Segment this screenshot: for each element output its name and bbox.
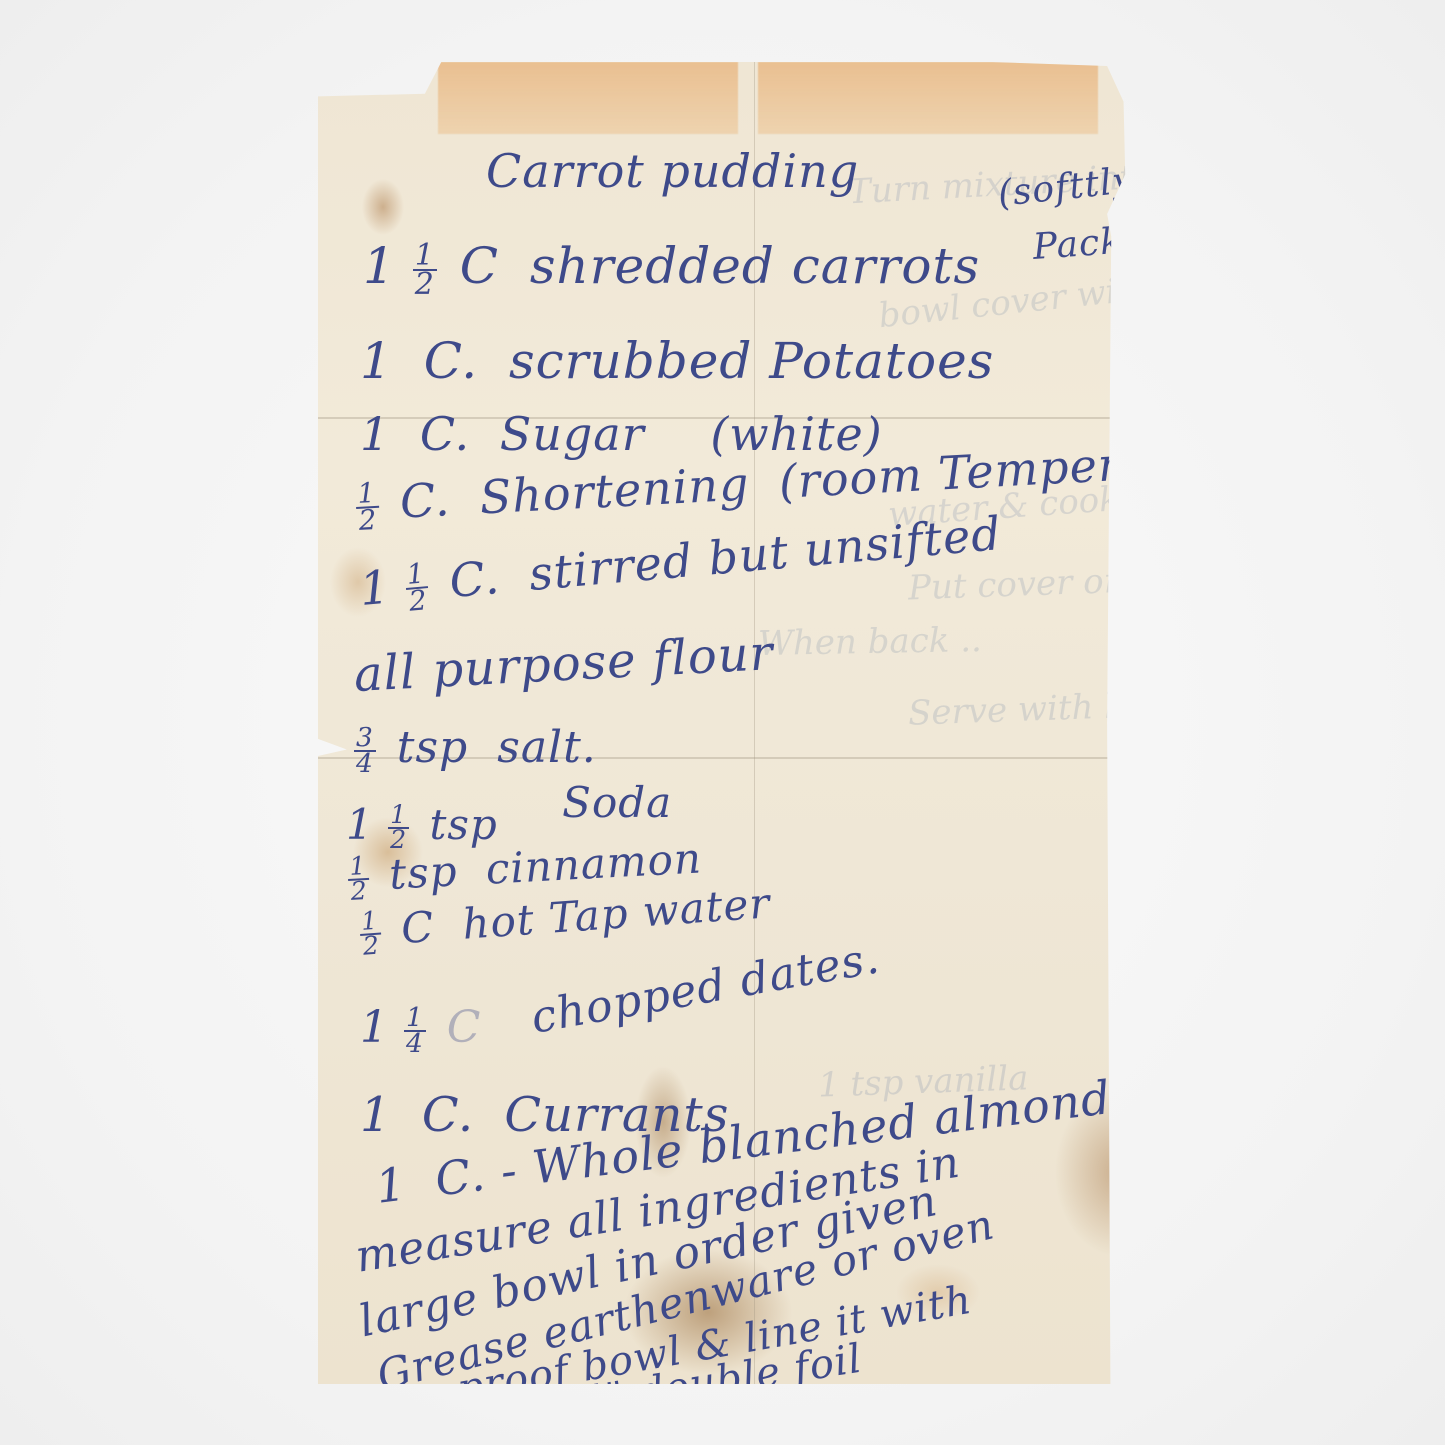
- bleedthrough-line: When back ..: [758, 620, 982, 664]
- bleedthrough-line: Serve with hard sauce: [907, 680, 1294, 733]
- bleedthrough-line: 3 tbsp butter: [1117, 869, 1344, 925]
- recipe-card: Turn mixture into prepared bowl cover wi…: [318, 62, 1140, 1384]
- ingredient-line: 1 14 C chopped dates.: [360, 1002, 889, 1055]
- bleedthrough-line: 3/4 C sugar: [1127, 937, 1329, 987]
- tape-residue-left: [438, 62, 738, 134]
- photo-background: Turn mixture into prepared bowl cover wi…: [0, 0, 1445, 1445]
- ingredient-item: shredded carrots: [530, 237, 980, 295]
- ingredient-line: all purpose flour: [353, 625, 775, 703]
- tape-residue-right: [758, 62, 1098, 134]
- ingredient-note-bottom: Packed: [1032, 218, 1171, 268]
- ingredient-line: 34 tsp salt.: [354, 722, 597, 775]
- ingredient-line: 1 C. scrubbed Potatoes: [360, 332, 994, 390]
- bleedthrough-line: add ...: [1117, 1004, 1226, 1050]
- recipe-title: Carrot pudding: [486, 144, 859, 198]
- ingredient-line: 1 12 C shredded carrots: [363, 237, 980, 298]
- ingredient-unit: C: [460, 237, 499, 295]
- ingredient-whole: 1: [363, 237, 396, 295]
- margin-mark: lo: [1113, 877, 1137, 905]
- ingredient-fraction: 12: [413, 242, 437, 298]
